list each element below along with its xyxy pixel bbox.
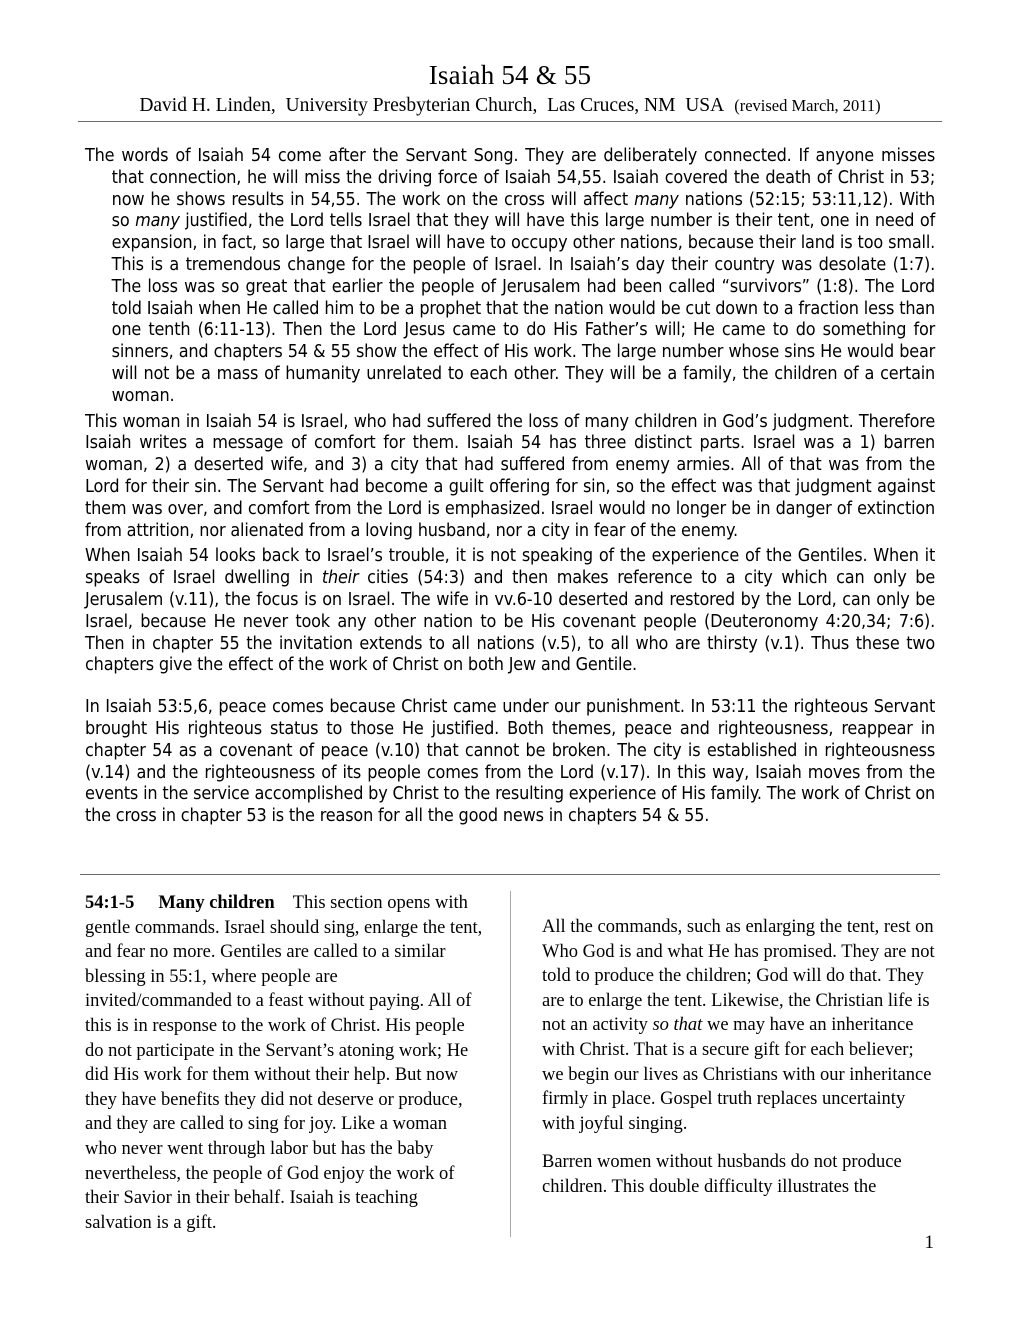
byline: David H. Linden, University Presbyterian… bbox=[0, 95, 1020, 117]
commentary-heading-paragraph: 54:1-5Many childrenThis section opens wi… bbox=[85, 891, 483, 1235]
commentary-right-column: All the commands, such as enlarging the … bbox=[511, 891, 935, 1237]
verse-ref: 54:1-5 bbox=[85, 893, 134, 913]
commentary-left-column: 54:1-5Many childrenThis section opens wi… bbox=[85, 891, 510, 1237]
commentary-columns: 54:1-5Many childrenThis section opens wi… bbox=[85, 891, 935, 1237]
section-body-text: This section opens with gentle commands.… bbox=[85, 893, 482, 1233]
header-rule bbox=[78, 121, 942, 122]
intro-section: The words of Isaiah 54 come after the Se… bbox=[85, 146, 935, 828]
intro-paragraph-4: In Isaiah 53:5,6, peace comes because Ch… bbox=[85, 697, 935, 828]
section-divider-rule bbox=[80, 874, 940, 875]
intro-paragraph-3: When Isaiah 54 looks back to Israel’s tr… bbox=[85, 546, 935, 677]
section-heading: Many children bbox=[158, 893, 274, 913]
page-number: 1 bbox=[925, 1232, 935, 1254]
intro-paragraph-2: This woman in Isaiah 54 is Israel, who h… bbox=[85, 412, 935, 543]
byline-author: David H. Linden, University Presbyterian… bbox=[139, 95, 724, 116]
intro-paragraph-1: The words of Isaiah 54 come after the Se… bbox=[85, 146, 935, 408]
right-column-paragraph-1: All the commands, such as enlarging the … bbox=[542, 915, 935, 1136]
right-column-paragraph-2: Barren women without husbands do not pro… bbox=[542, 1150, 935, 1199]
revision-note: (revised March, 2011) bbox=[734, 96, 880, 115]
page-title: Isaiah 54 & 55 bbox=[0, 60, 1020, 91]
